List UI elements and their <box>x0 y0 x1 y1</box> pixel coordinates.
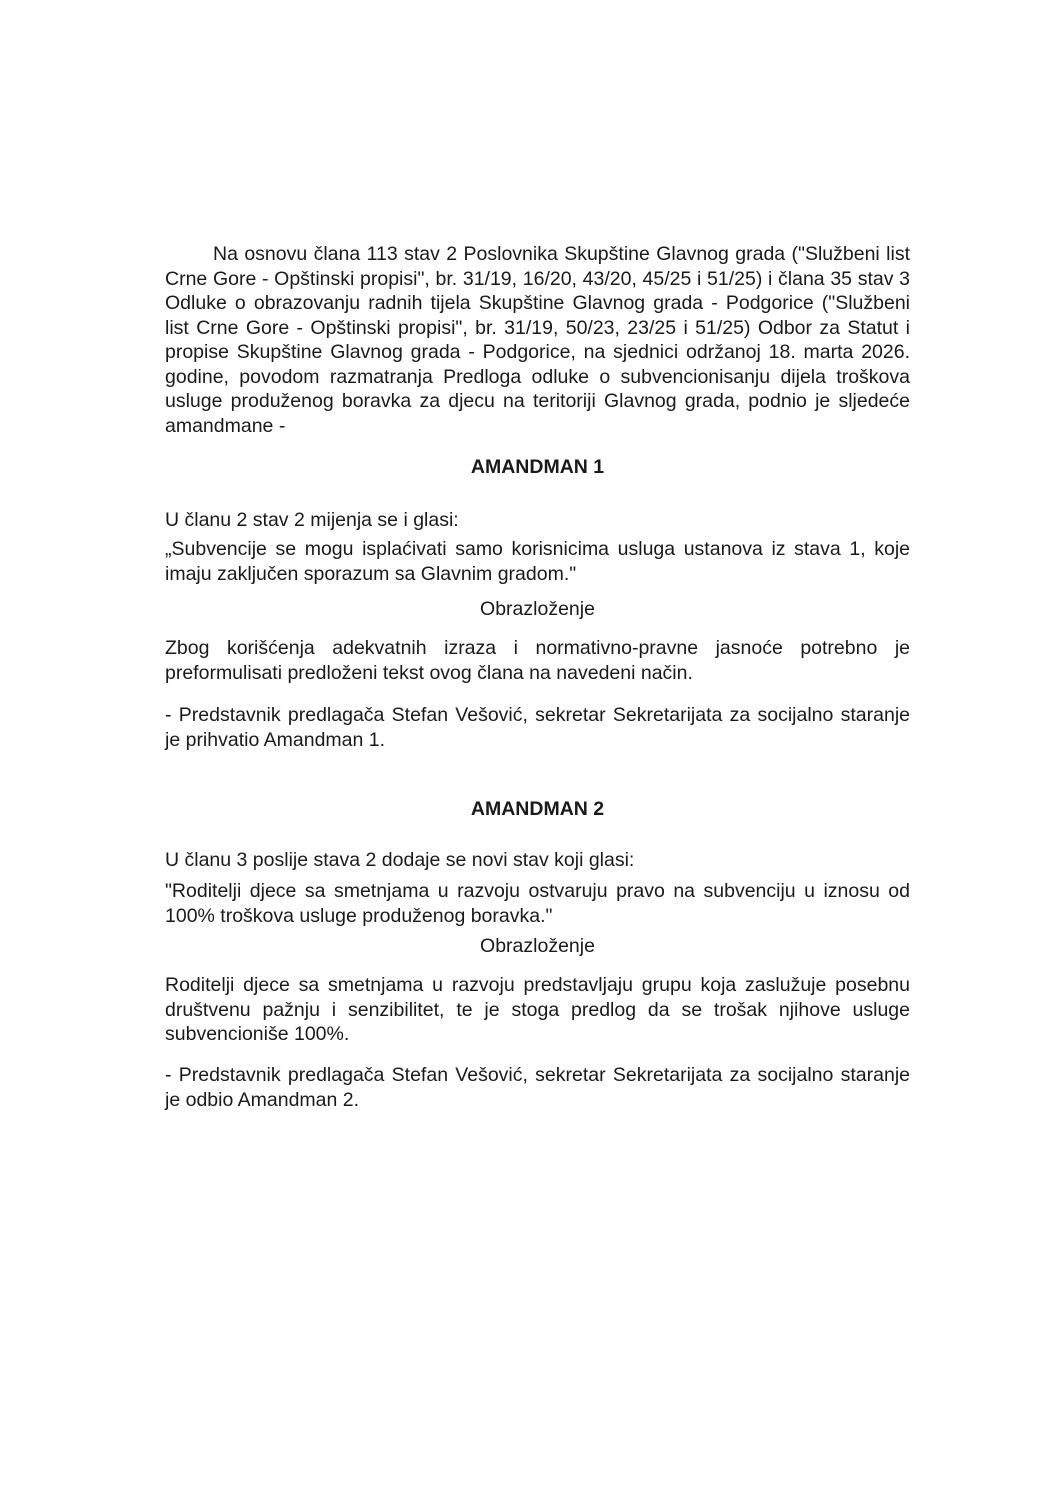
amendment-1-explanation-heading: Obrazloženje <box>165 597 910 622</box>
amendment-2-quote: "Roditelji djece sa smetnjama u razvoju … <box>165 879 910 928</box>
amendment-1-title: AMANDMAN 1 <box>165 455 910 480</box>
document-page: Na osnovu člana 113 stav 2 Poslovnika Sk… <box>165 242 910 438</box>
amendment-1-intro: U članu 2 stav 2 mijenja se i glasi: <box>165 508 910 533</box>
amendment-2-explanation: Roditelji djece sa smetnjama u razvoju p… <box>165 973 910 1047</box>
amendment-1-explanation: Zbog korišćenja adekvatnih izraza i norm… <box>165 636 910 685</box>
amendment-2-title: AMANDMAN 2 <box>165 797 910 822</box>
amendment-2-explanation-heading: Obrazloženje <box>165 934 910 959</box>
amendment-1-quote: „Subvencije se mogu isplaćivati samo kor… <box>165 537 910 586</box>
amendment-1-note: - Predstavnik predlagača Stefan Vešović,… <box>165 703 910 752</box>
intro-paragraph: Na osnovu člana 113 stav 2 Poslovnika Sk… <box>165 242 910 438</box>
amendment-2-note: - Predstavnik predlagača Stefan Vešović,… <box>165 1063 910 1112</box>
amendment-2-intro: U članu 3 poslije stava 2 dodaje se novi… <box>165 848 910 873</box>
